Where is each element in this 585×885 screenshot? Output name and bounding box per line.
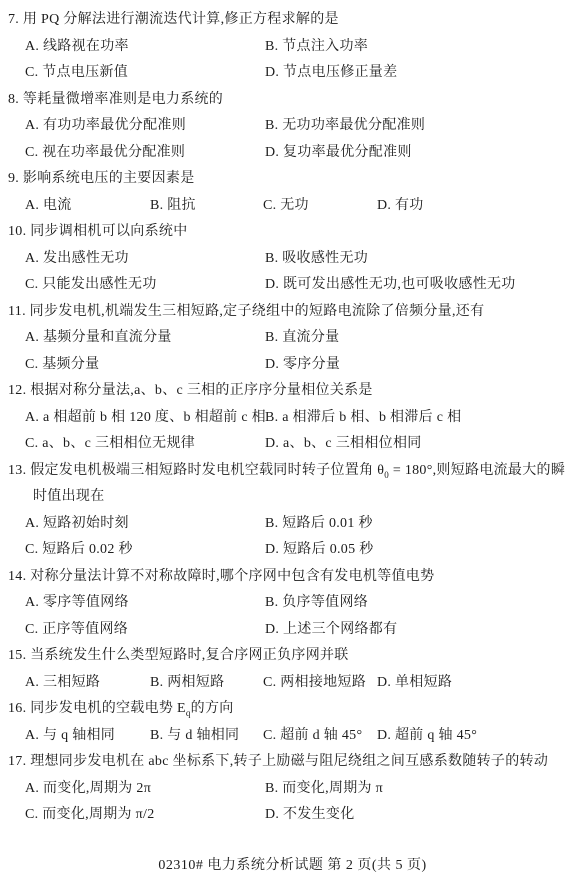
question-15-option-a: A. 三相短路 [25,671,100,691]
question-8-stem: 8. 等耗量微增率准则是电力系统的 [8,88,223,108]
question-9-options: A. 电流 B. 阻抗 C. 无功 D. 有功 [0,191,585,218]
question-8: 8. 等耗量微增率准则是电力系统的 [0,85,585,112]
question-10-option-d: D. 既可发出感性无功,也可吸收感性无功 [265,273,516,293]
question-13-stem: 13. 假定发电机极端三相短路时发电机空载同时转子位置角 θ0 = 180°,则… [8,459,565,479]
question-7-stem: 7. 用 PQ 分解法进行潮流迭代计算,修正方程求解的是 [8,8,339,28]
question-15-stem: 15. 当系统发生什么类型短路时,复合序网正负序网并联 [8,644,349,664]
question-11: 11. 同步发电机,机端发生三相短路,定子绕组中的短路电流除了倍频分量,还有 [0,297,585,324]
question-10-option-c: C. 只能发出感性无功 [25,273,157,293]
question-16-option-c: C. 超前 d 轴 45° [263,724,362,744]
question-8-option-d: D. 复功率最优分配准则 [265,141,412,161]
question-14-option-b: B. 负序等值网络 [265,591,368,611]
question-14-options-ab: A. 零序等值网络 B. 负序等值网络 [0,588,585,615]
question-9-option-a: A. 电流 [25,194,72,214]
question-17: 17. 理想同步发电机在 abc 坐标系下,转子上励磁与阻尼绕组之间互感系数随转… [0,747,585,774]
question-7-option-b: B. 节点注入功率 [265,35,368,55]
question-9-option-c: C. 无功 [263,194,309,214]
question-17-options-cd: C. 而变化,周期为 π/2 D. 不发生变化 [0,800,585,827]
question-10-options-ab: A. 发出感性无功 B. 吸收感性无功 [0,244,585,271]
question-15: 15. 当系统发生什么类型短路时,复合序网正负序网并联 [0,641,585,668]
question-11-options-cd: C. 基频分量 D. 零序分量 [0,350,585,377]
question-13-option-c: C. 短路后 0.02 秒 [25,538,133,558]
question-17-options-ab: A. 而变化,周期为 2π B. 而变化,周期为 π [0,774,585,801]
question-15-options: A. 三相短路 B. 两相短路 C. 两相接地短路 D. 单相短路 [0,668,585,695]
exam-page: 7. 用 PQ 分解法进行潮流迭代计算,修正方程求解的是 A. 线路视在功率 B… [0,0,585,876]
question-17-stem: 17. 理想同步发电机在 abc 坐标系下,转子上励磁与阻尼绕组之间互感系数随转… [8,750,548,770]
question-11-option-b: B. 直流分量 [265,326,339,346]
question-13-options-cd: C. 短路后 0.02 秒 D. 短路后 0.05 秒 [0,535,585,562]
question-10: 10. 同步调相机可以向系统中 [0,217,585,244]
question-13-option-d: D. 短路后 0.05 秒 [265,538,374,558]
question-17-option-d: D. 不发生变化 [265,803,355,823]
question-15-option-b: B. 两相短路 [150,671,224,691]
question-16-stem: 16. 同步发电机的空载电势 Eq的方向 [8,697,234,717]
question-13: 13. 假定发电机极端三相短路时发电机空载同时转子位置角 θ0 = 180°,则… [0,456,585,483]
question-12-option-d: D. a、b、c 三相相位相同 [265,432,422,452]
question-7-option-a: A. 线路视在功率 [25,35,129,55]
question-8-option-a: A. 有功功率最优分配准则 [25,114,186,134]
question-15-option-c: C. 两相接地短路 [263,671,366,691]
question-17-option-b: B. 而变化,周期为 π [265,777,383,797]
question-11-option-a: A. 基频分量和直流分量 [25,326,172,346]
question-8-option-c: C. 视在功率最优分配准则 [25,141,185,161]
stem-continuation: 时值出现在 [33,485,105,505]
question-13-option-b: B. 短路后 0.01 秒 [265,512,373,532]
question-12: 12. 根据对称分量法,a、b、c 三相的正序序分量相位关系是 [0,376,585,403]
question-12-option-c: C. a、b、c 三相相位无规律 [25,432,195,452]
question-9-stem: 9. 影响系统电压的主要因素是 [8,167,195,187]
stem-text: 13. 假定发电机极端三相短路时发电机空载同时转子位置角 θ [8,463,384,478]
question-16-option-b: B. 与 d 轴相同 [150,724,239,744]
question-10-options-cd: C. 只能发出感性无功 D. 既可发出感性无功,也可吸收感性无功 [0,270,585,297]
question-11-stem: 11. 同步发电机,机端发生三相短路,定子绕组中的短路电流除了倍频分量,还有 [8,300,484,320]
question-11-option-d: D. 零序分量 [265,353,340,373]
question-10-option-b: B. 吸收感性无功 [265,247,368,267]
question-12-options-cd: C. a、b、c 三相相位无规律 D. a、b、c 三相相位相同 [0,429,585,456]
question-14: 14. 对称分量法计算不对称故障时,哪个序网中包含有发电机等值电势 [0,562,585,589]
question-12-stem: 12. 根据对称分量法,a、b、c 三相的正序序分量相位关系是 [8,379,373,399]
stem-text: 16. 同步发电机的空载电势 E [8,701,186,716]
question-11-options-ab: A. 基频分量和直流分量 B. 直流分量 [0,323,585,350]
question-14-option-c: C. 正序等值网络 [25,618,128,638]
question-7-option-d: D. 节点电压修正量差 [265,61,397,81]
question-16-options: A. 与 q 轴相同 B. 与 d 轴相同 C. 超前 d 轴 45° D. 超… [0,721,585,748]
question-17-option-a: A. 而变化,周期为 2π [25,777,151,797]
question-16-option-d: D. 超前 q 轴 45° [377,724,477,744]
question-8-options-ab: A. 有功功率最优分配准则 B. 无功功率最优分配准则 [0,111,585,138]
question-12-options-ab: A. a 相超前 b 相 120 度、b 相超前 c 相 B. a 相滞后 b … [0,403,585,430]
question-7: 7. 用 PQ 分解法进行潮流迭代计算,修正方程求解的是 [0,5,585,32]
question-14-options-cd: C. 正序等值网络 D. 上述三个网络都有 [0,615,585,642]
question-14-stem: 14. 对称分量法计算不对称故障时,哪个序网中包含有发电机等值电势 [8,565,434,585]
question-14-option-a: A. 零序等值网络 [25,591,129,611]
question-11-option-c: C. 基频分量 [25,353,99,373]
question-8-option-b: B. 无功功率最优分配准则 [265,114,425,134]
question-7-options-ab: A. 线路视在功率 B. 节点注入功率 [0,32,585,59]
question-8-options-cd: C. 视在功率最优分配准则 D. 复功率最优分配准则 [0,138,585,165]
question-16: 16. 同步发电机的空载电势 Eq的方向 [0,694,585,721]
stem-text: 的方向 [191,701,234,716]
question-12-option-a: A. a 相超前 b 相 120 度、b 相超前 c 相 [25,406,266,426]
question-10-option-a: A. 发出感性无功 [25,247,129,267]
question-17-option-c: C. 而变化,周期为 π/2 [25,803,155,823]
question-10-stem: 10. 同步调相机可以向系统中 [8,220,188,240]
question-13-stem-line2: 时值出现在 [0,482,585,509]
page-footer: 02310# 电力系统分析试题 第 2 页(共 5 页) [0,849,585,876]
question-7-option-c: C. 节点电压新值 [25,61,128,81]
question-14-option-d: D. 上述三个网络都有 [265,618,397,638]
question-9: 9. 影响系统电压的主要因素是 [0,164,585,191]
question-7-options-cd: C. 节点电压新值 D. 节点电压修正量差 [0,58,585,85]
question-9-option-b: B. 阻抗 [150,194,196,214]
footer-text: 02310# 电力系统分析试题 第 2 页(共 5 页) [158,854,426,874]
question-13-option-a: A. 短路初始时刻 [25,512,129,532]
question-9-option-d: D. 有功 [377,194,424,214]
stem-text: = 180°,则短路电流最大的瞬 [389,463,565,478]
question-15-option-d: D. 单相短路 [377,671,452,691]
question-13-options-ab: A. 短路初始时刻 B. 短路后 0.01 秒 [0,509,585,536]
question-12-option-b: B. a 相滞后 b 相、b 相滞后 c 相 [265,406,461,426]
question-16-option-a: A. 与 q 轴相同 [25,724,115,744]
